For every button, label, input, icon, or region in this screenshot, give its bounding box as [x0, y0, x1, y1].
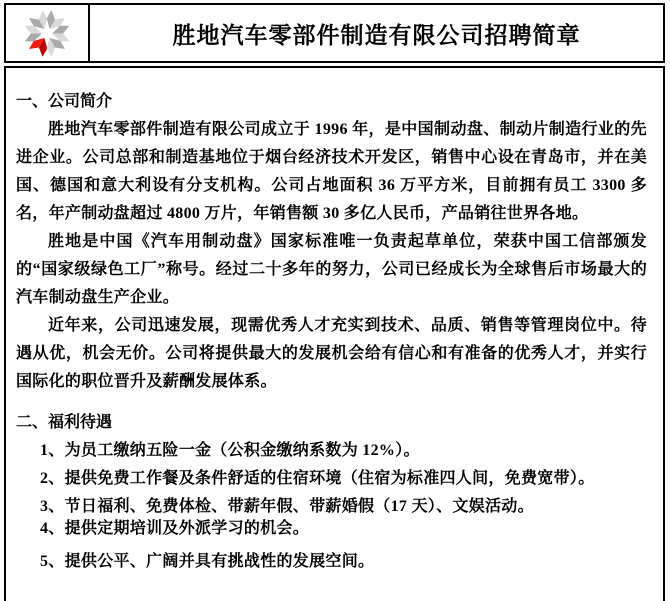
company-intro-paragraph-1: 胜地汽车零部件制造有限公司成立于 1996 年，是中国制动盘、制动片制造行业的先… — [16, 116, 647, 228]
company-intro-paragraph-3: 近年来，公司迅速发展，现需优秀人才充实到技术、品质、销售等管理岗位中。待遇从优，… — [16, 312, 647, 396]
logo-cell — [6, 5, 90, 61]
page-title: 胜地汽车零部件制造有限公司招聘简章 — [173, 17, 581, 50]
benefit-item-2: 2、提供免费工作餐及条件舒适的住宿环境（住宿为标准四人间，免费宽带）。 — [40, 465, 647, 493]
title-cell: 胜地汽车零部件制造有限公司招聘简章 — [90, 5, 663, 61]
section-1-heading: 一、公司简介 — [16, 88, 647, 116]
logo-arrow-gray — [25, 26, 42, 42]
document-header: 胜地汽车零部件制造有限公司招聘简章 — [4, 3, 665, 63]
company-logo-icon — [21, 7, 73, 59]
company-intro-paragraph-2: 胜地是中国《汽车用制动盘》国家标准唯一负责起草单位，荣获中国工信部颁发的“国家级… — [16, 228, 647, 312]
benefit-item-1: 1、为员工缴纳五险一金（公积金缴纳系数为 12%）。 — [40, 437, 647, 465]
logo-arrow-gray — [52, 26, 69, 42]
section-2-heading: 二、福利待遇 — [16, 409, 647, 437]
document-body: 一、公司简介 胜地汽车零部件制造有限公司成立于 1996 年，是中国制动盘、制动… — [4, 66, 665, 601]
document-page: 胜地汽车零部件制造有限公司招聘简章 一、公司简介 胜地汽车零部件制造有限公司成立… — [0, 0, 670, 601]
benefit-item-5: 5、提供公平、广阔并具有挑战性的发展空间。 — [40, 548, 647, 576]
